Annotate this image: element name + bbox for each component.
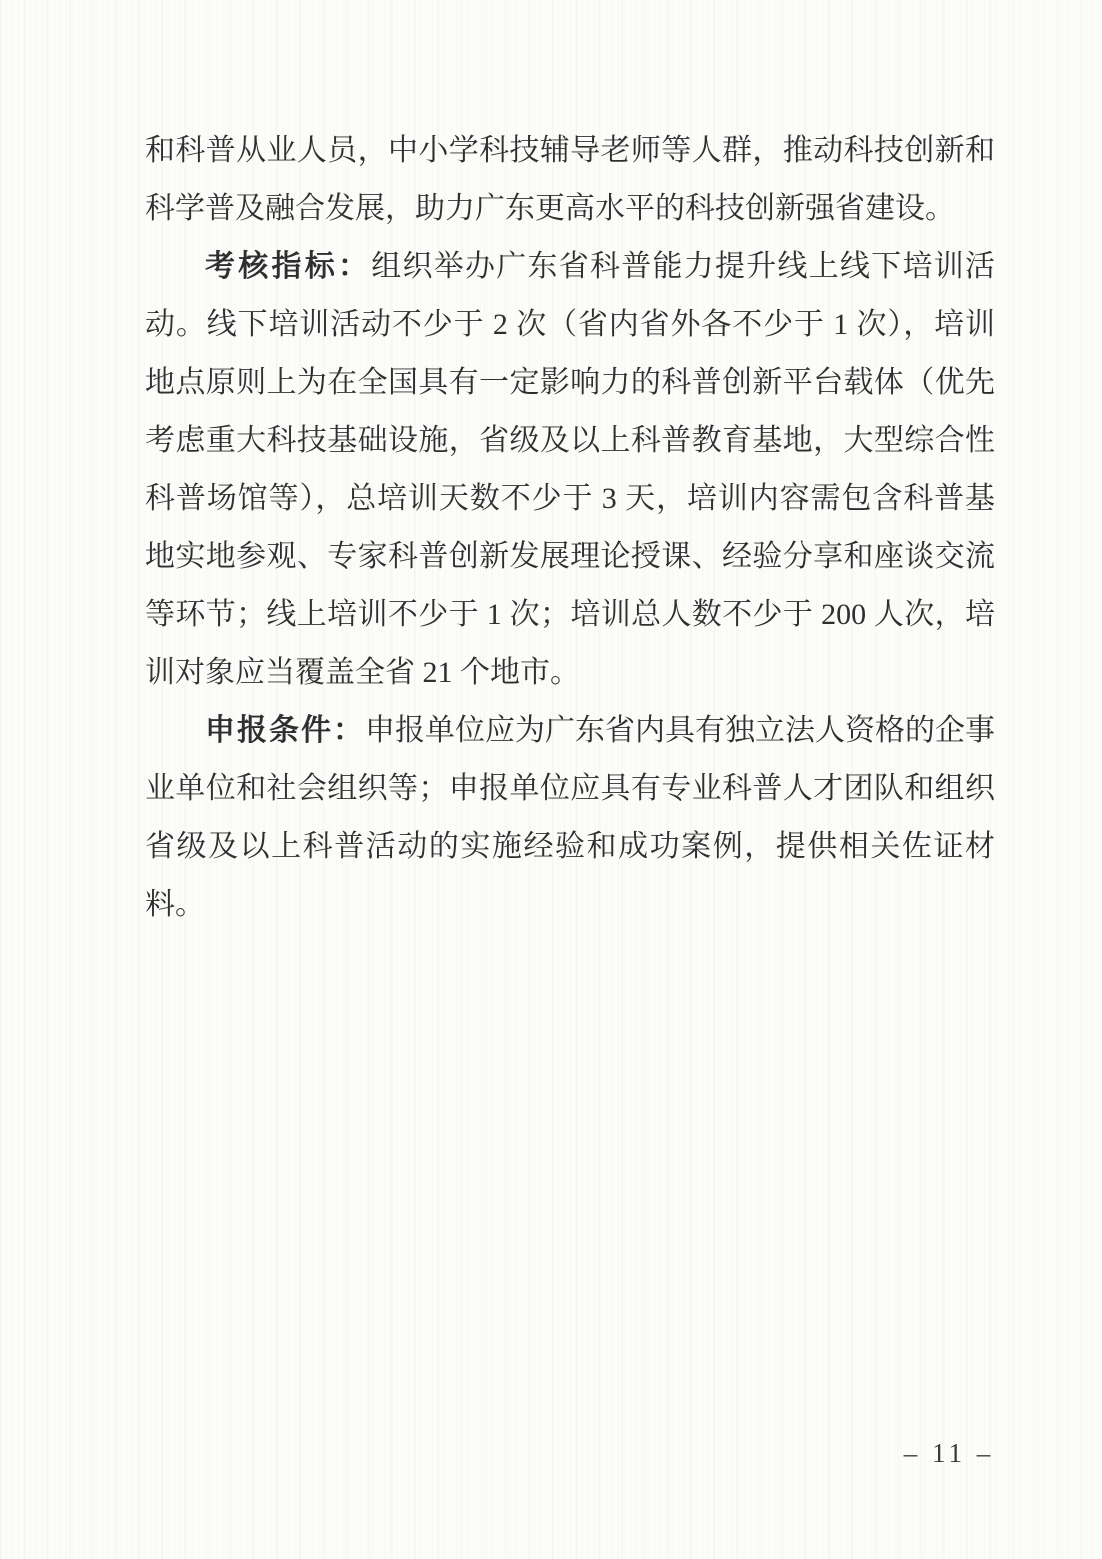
text-line: 料。: [145, 876, 995, 934]
text-run: 考虑重大科技基础设施，省级及以上科普教育基地，大型综合性: [145, 424, 995, 457]
text-run: 和科普从业人员，中小学科技辅导老师等人群，推动科技创新和: [145, 134, 995, 167]
text-run: 料。: [145, 888, 205, 921]
text-line: 训对象应当覆盖全省 21 个地市。: [145, 644, 995, 702]
text-run: 地点原则上为在全国具有一定影响力的科普创新平台载体（优先: [145, 366, 995, 399]
text-line: 业单位和社会组织等；申报单位应具有专业科普人才团队和组织: [145, 760, 995, 818]
text-run: 申报单位应为广东省内具有独立法人资格的企事: [365, 714, 995, 747]
text-line: 省级及以上科普活动的实施经验和成功案例，提供相关佐证材: [145, 818, 995, 876]
text-line: 地实地参观、专家科普创新发展理论授课、经验分享和座谈交流: [145, 528, 995, 586]
scanned-document-page: 和科普从业人员，中小学科技辅导老师等人群，推动科技创新和 科学普及融合发展，助力…: [0, 0, 1102, 1559]
text-run: 科学普及融合发展，助力广东更高水平的科技创新强省建设。: [145, 192, 955, 225]
text-line: 地点原则上为在全国具有一定影响力的科普创新平台载体（优先: [145, 354, 995, 412]
section-label-application-conditions: 申报条件：: [205, 714, 365, 747]
text-line: 科普场馆等），总培训天数不少于 3 天，培训内容需包含科普基: [145, 470, 995, 528]
text-line: 动。线下培训活动不少于 2 次（省内省外各不少于 1 次），培训: [145, 296, 995, 354]
text-line: 等环节；线上培训不少于 1 次；培训总人数不少于 200 人次，培: [145, 586, 995, 644]
text-run: 业单位和社会组织等；申报单位应具有专业科普人才团队和组织: [145, 772, 995, 805]
text-run: 动。线下培训活动不少于 2 次（省内省外各不少于 1 次），培训: [145, 308, 995, 341]
text-line: 和科普从业人员，中小学科技辅导老师等人群，推动科技创新和: [145, 122, 995, 180]
document-body: 和科普从业人员，中小学科技辅导老师等人群，推动科技创新和 科学普及融合发展，助力…: [145, 122, 995, 934]
text-run: 等环节；线上培训不少于 1 次；培训总人数不少于 200 人次，培: [145, 598, 995, 631]
text-run: 科普场馆等），总培训天数不少于 3 天，培训内容需包含科普基: [145, 482, 995, 515]
text-run: 组织举办广东省科普能力提升线上线下培训活: [371, 250, 995, 283]
text-line: 考虑重大科技基础设施，省级及以上科普教育基地，大型综合性: [145, 412, 995, 470]
text-run: 省级及以上科普活动的实施经验和成功案例，提供相关佐证材: [145, 830, 995, 863]
section-label-assessment-indicators: 考核指标：: [205, 250, 371, 283]
text-line: 考核指标：组织举办广东省科普能力提升线上线下培训活: [145, 238, 995, 296]
text-line: 科学普及融合发展，助力广东更高水平的科技创新强省建设。: [145, 180, 995, 238]
text-line: 申报条件：申报单位应为广东省内具有独立法人资格的企事: [145, 702, 995, 760]
text-run: 训对象应当覆盖全省 21 个地市。: [145, 656, 580, 689]
text-run: 地实地参观、专家科普创新发展理论授课、经验分享和座谈交流: [145, 540, 995, 573]
page-number: – 11 –: [903, 1438, 995, 1469]
